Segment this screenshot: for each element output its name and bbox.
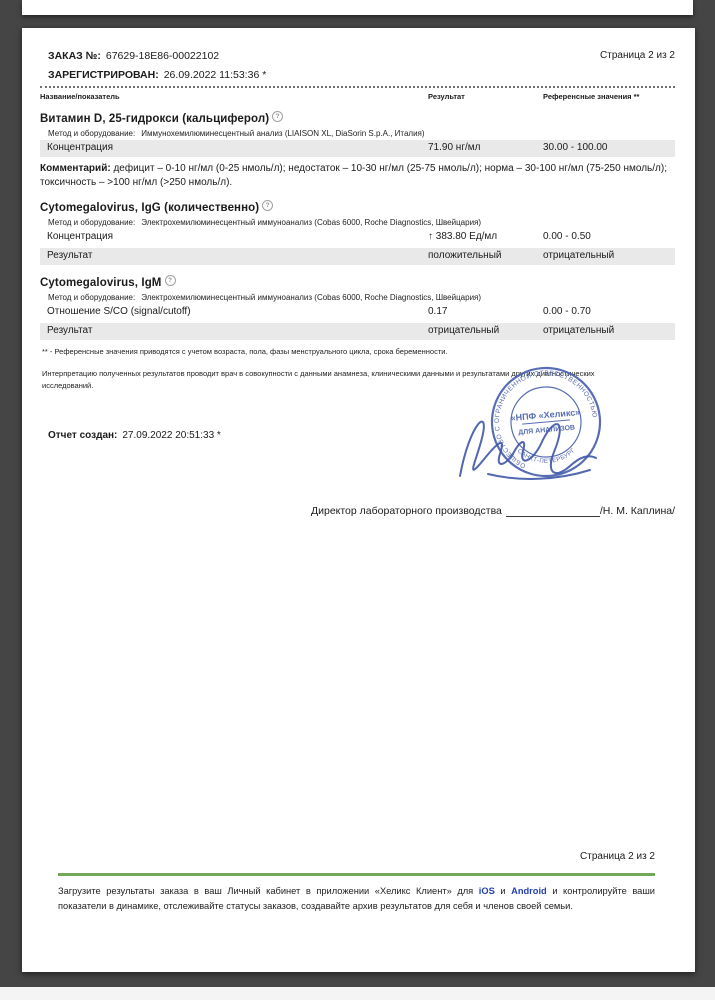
signature-autograph (430, 394, 630, 494)
table-row: Концентрация 71.90 нг/мл 30.00 - 100.00 (40, 140, 675, 157)
help-icon: ? (262, 200, 273, 211)
row-result: положительный (428, 250, 543, 262)
section-title-text: Cytomegalovirus, IgM (40, 277, 162, 289)
method-label: Метод и оборудование: (48, 129, 135, 138)
order-value: 67629-18E86-00022102 (106, 50, 219, 62)
method-label: Метод и оборудование: (48, 218, 135, 227)
table-row: Результат положительный отрицательный (40, 248, 675, 265)
report-page: ЗАКАЗ №:67629-18E86-00022102 Страница 2 … (22, 28, 695, 972)
footer-text-before: Загрузите результаты заказа в ваш Личный… (58, 886, 473, 896)
help-icon: ? (165, 275, 176, 286)
table-row: Результат отрицательный отрицательный (40, 323, 675, 340)
column-header-reference: Референсные значения ** (543, 92, 675, 101)
order-label: ЗАКАЗ №: (48, 50, 101, 62)
method-label: Метод и оборудование: (48, 293, 135, 302)
row-name: Результат (40, 250, 428, 262)
table-header: Название/показатель Результат Референсны… (40, 92, 675, 101)
row-name: Концентрация (40, 231, 428, 243)
comment-block: Комментарий: дефицит – 0-10 нг/мл (0-25 … (40, 162, 675, 190)
previous-page-edge (22, 0, 693, 15)
registered-value: 26.09.2022 11:53:36 * (164, 69, 267, 81)
row-name: Результат (40, 325, 428, 337)
section-title-text: Cytomegalovirus, IgG (количественно) (40, 202, 259, 214)
section-title-cmv-igg: Cytomegalovirus, IgG (количественно)? (40, 200, 675, 214)
method-line: Метод и оборудование:Электрохемилюминесц… (48, 293, 675, 302)
section-title-cmv-igm: Cytomegalovirus, IgM? (40, 275, 675, 289)
method-line: Метод и оборудование:Электрохемилюминесц… (48, 218, 675, 227)
row-result: 71.90 нг/мл (428, 142, 543, 154)
order-number: ЗАКАЗ №:67629-18E86-00022102 (48, 50, 219, 62)
column-header-result: Результат (428, 92, 543, 101)
ios-link[interactable]: iOS (479, 886, 495, 896)
method-line: Метод и оборудование:Иммунохемилюминесце… (48, 129, 675, 138)
column-header-name: Название/показатель (40, 92, 428, 101)
method-value: Электрохемилюминесцентный иммуноанализ (… (141, 218, 481, 227)
signature-underline (506, 505, 600, 517)
comment-text: дефицит – 0-10 нг/мл (0-25 нмоль/л); нед… (40, 163, 667, 188)
row-reference: отрицательный (543, 250, 675, 262)
row-result: ↑ 383.80 Ед/мл (428, 231, 543, 243)
page-indicator-top: Страница 2 из 2 (600, 50, 675, 62)
row-result: отрицательный (428, 325, 543, 337)
section-title-text: Витамин D, 25-гидрокси (кальциферол) (40, 113, 269, 125)
footer-conjunction: и (500, 886, 505, 896)
method-value: Иммунохемилюминесцентный анализ (LIAISON… (141, 129, 424, 138)
signature-row: Директор лабораторного производства /Н. … (40, 505, 675, 517)
viewer-bottom-edge (0, 987, 715, 1000)
table-row: Концентрация ↑ 383.80 Ед/мл 0.00 - 0.50 (40, 229, 675, 246)
row-name: Отношение S/CO (signal/cutoff) (40, 306, 428, 318)
order-header-row: ЗАКАЗ №:67629-18E86-00022102 Страница 2 … (40, 50, 675, 62)
help-icon: ? (272, 111, 283, 122)
footer-text: Загрузите результаты заказа в ваш Личный… (58, 884, 655, 914)
dotted-divider (40, 86, 675, 88)
report-created-label: Отчет создан: (48, 430, 117, 441)
method-value: Электрохемилюминесцентный иммуноанализ (… (141, 293, 481, 302)
pdf-viewer-canvas: { "colors": { "viewer_background": "#454… (0, 0, 715, 1000)
android-link[interactable]: Android (511, 886, 547, 896)
row-name: Концентрация (40, 142, 428, 154)
table-row: Отношение S/CO (signal/cutoff) 0.17 0.00… (40, 304, 675, 321)
row-result: 0.17 (428, 306, 543, 318)
signatory-role: Директор лабораторного производства (311, 505, 502, 517)
row-reference: 0.00 - 0.70 (543, 306, 675, 318)
autograph-graphic (430, 394, 630, 494)
registered-row: ЗАРЕГИСТРИРОВАН:26.09.2022 11:53:36 * (48, 69, 675, 81)
comment-label: Комментарий: (40, 163, 111, 174)
footer-divider (58, 873, 655, 876)
row-reference: 30.00 - 100.00 (543, 142, 675, 154)
registered-label: ЗАРЕГИСТРИРОВАН: (48, 69, 159, 81)
section-title-vitamin-d: Витамин D, 25-гидрокси (кальциферол)? (40, 111, 675, 125)
reference-footnote: ** - Референсные значения приводятся с у… (42, 347, 675, 356)
row-reference: 0.00 - 0.50 (543, 231, 675, 243)
report-created-value: 27.09.2022 20:51:33 * (122, 430, 220, 441)
page-indicator-bottom: Страница 2 из 2 (58, 851, 655, 862)
page-footer: Страница 2 из 2 Загрузите результаты зак… (58, 851, 655, 914)
signatory-name: /Н. М. Каплина/ (600, 505, 675, 517)
row-reference: отрицательный (543, 325, 675, 337)
